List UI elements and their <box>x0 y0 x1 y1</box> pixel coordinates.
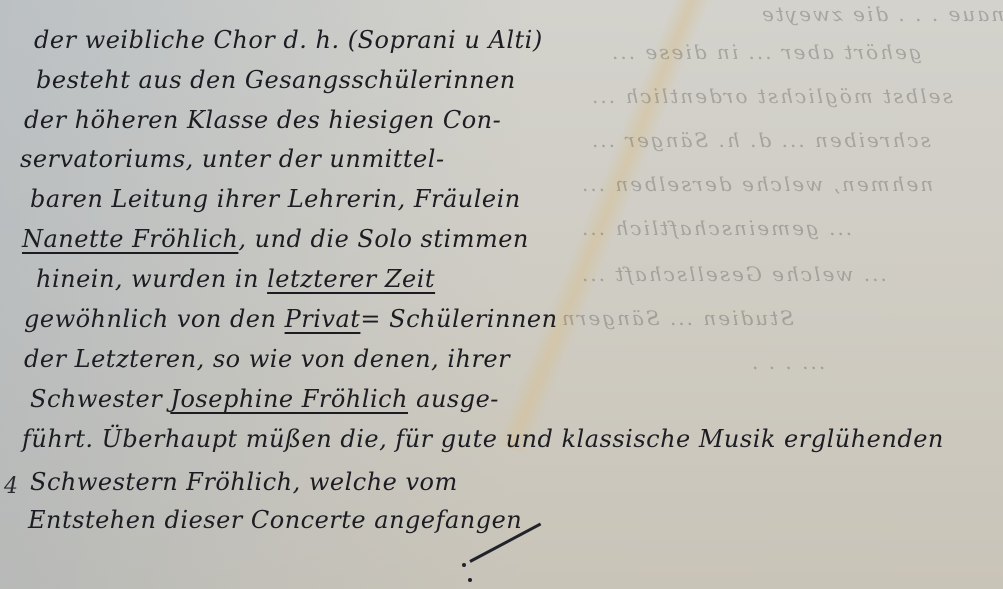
ink-dot <box>468 578 472 582</box>
underlined-name: Josephine Fröhlich <box>170 385 408 413</box>
text-line: der weibliche Chor d. h. (Soprani u Alti… <box>34 26 543 54</box>
text-line: führt. Überhaupt müßen die, für gute und… <box>22 425 944 453</box>
text-line: servatoriums, unter der unmittel- <box>20 145 445 173</box>
text-line: Schwester Josephine Fröhlich ausge- <box>30 385 499 413</box>
margin-number: 4 <box>4 474 18 499</box>
text-line: gewöhnlich von den Privat= Schülerinnen <box>24 305 558 333</box>
ink-dot <box>462 563 466 567</box>
underlined-name: Nanette Fröhlich <box>22 225 238 253</box>
text-line: der höheren Klasse des hiesigen Con- <box>24 106 501 134</box>
handwritten-text: der weibliche Chor d. h. (Soprani u Alti… <box>0 0 1003 589</box>
text-line: besteht aus den Gesangsschülerinnen <box>36 66 516 94</box>
text-line: Entstehen dieser Concerte angefangen <box>28 506 522 534</box>
text-line: baren Leitung ihrer Lehrerin, Fräulein <box>30 185 521 213</box>
manuscript-page: eine genaue . . . die zweyte gehört aber… <box>0 0 1003 589</box>
text-line: Schwestern Fröhlich, welche vom <box>30 468 458 496</box>
text-line: der Letzteren, so wie von denen, ihrer <box>24 345 510 373</box>
text-line: Nanette Fröhlich, und die Solo stimmen <box>22 225 529 253</box>
underlined-phrase: letzterer Zeit <box>267 265 435 293</box>
underlined-word: Privat <box>285 305 361 333</box>
text-line: hinein, wurden in letzterer Zeit <box>36 265 435 293</box>
